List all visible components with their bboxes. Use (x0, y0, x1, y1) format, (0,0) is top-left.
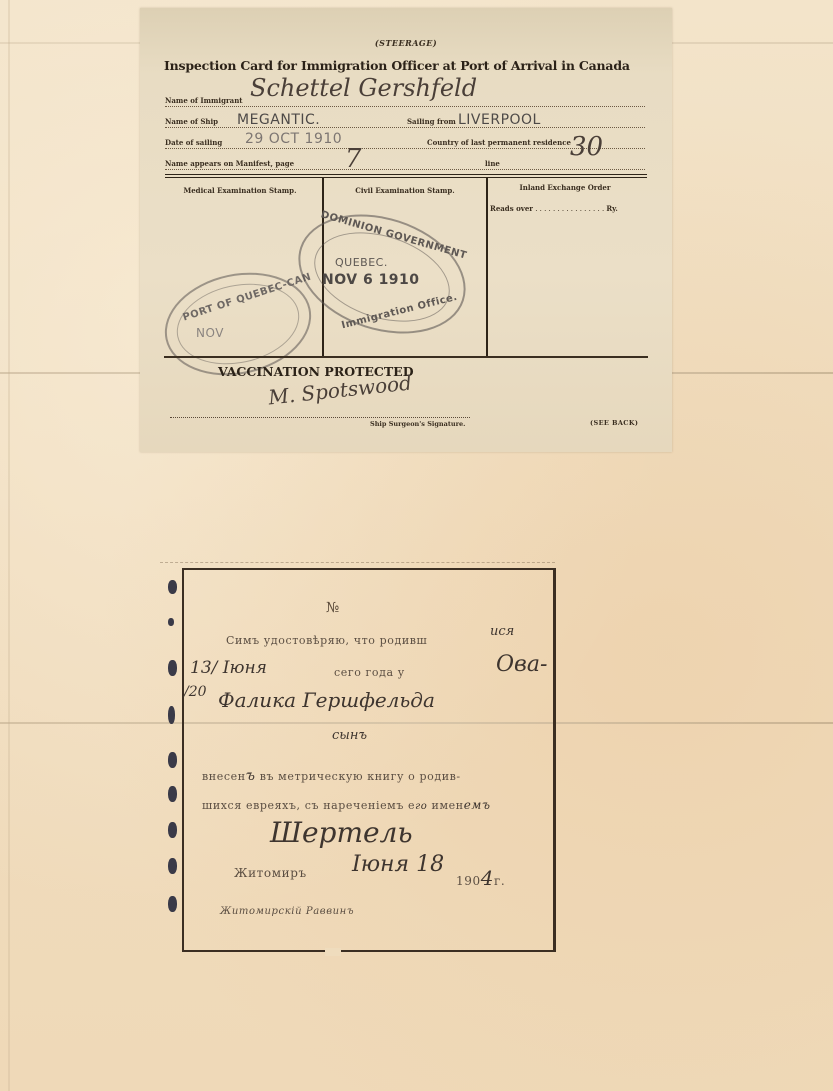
sailing-from-stamp: LIVERPOOL (458, 112, 541, 128)
cert-line-5b: въ метрическую книгу о родив- (260, 770, 461, 783)
perforation-hole (168, 822, 177, 838)
cert-year-suffix: г. (494, 874, 505, 888)
ship-name-stamp: MEGANTIC. (237, 112, 320, 128)
cert-birth-date-hand: 13/ Іюня (190, 658, 267, 678)
cert-father-name-start: Ова- (496, 652, 547, 677)
manifest-label: Name appears on Manifest, page (165, 159, 294, 168)
cert-line-1-hand: ися (490, 624, 514, 639)
cert-father-name-hand: Фалика Гершфельда (218, 688, 435, 712)
cert-issue-date-hand: Іюня 18 (352, 852, 444, 877)
perforation-hole (168, 706, 175, 724)
perforation-hole (168, 580, 177, 594)
surgeon-signature-label: Ship Surgeon's Signature. (370, 420, 465, 428)
cert-son-hand: сынъ (332, 728, 367, 743)
civil-exam-heading: Civil Examination Stamp. (340, 186, 470, 195)
birth-certificate: № Симъ удостовѣряю, что родивш ися 13/ І… (182, 568, 556, 952)
see-back-note: (SEE BACK) (590, 419, 638, 427)
line-label: line (485, 159, 500, 168)
cert-line-2: сего года у (334, 666, 405, 679)
manifest-line-handwritten: 30 (570, 132, 603, 162)
tear-line (160, 562, 555, 563)
cert-child-name-hand: Шертель (270, 816, 413, 849)
date-label: Date of sailing (165, 138, 222, 147)
cert-line-6-hand-b: емъ (464, 798, 491, 812)
card-title: Inspection Card for Immigration Officer … (164, 58, 654, 73)
reads-over-label: Reads over (490, 204, 533, 213)
cert-year: 1904г. (456, 866, 505, 890)
ship-label: Name of Ship (165, 117, 218, 126)
port-stamp-date: NOV (196, 326, 224, 340)
steerage-label: (STEERAGE) (140, 38, 672, 48)
manifest-page-handwritten: 7 (345, 144, 362, 174)
cert-line-6-hand: го (415, 801, 427, 812)
cert-year-print: 190 (456, 874, 481, 888)
cert-line-5: внесенъ въ метрическую книгу о родив- (202, 768, 461, 784)
civil-stamp-date: NOV 6 1910 (322, 272, 420, 288)
signature-line (170, 417, 470, 418)
certificate-number-label: № (326, 600, 339, 616)
reads-over-suffix: Ry. (606, 204, 617, 213)
reads-over-field: Reads over . . . . . . . . . . . . . . .… (490, 204, 650, 214)
perforation-hole (168, 660, 177, 676)
certificate-tear (325, 948, 341, 956)
inspection-card: (STEERAGE) Inspection Card for Immigrati… (140, 8, 672, 452)
cert-rabbi-label: Житомирскій Раввинъ (220, 906, 354, 917)
country-label: Country of last permanent residence (427, 138, 571, 147)
cert-line-6a: шихся евреяхъ, съ нареченіемъ е (202, 799, 415, 812)
perforation-hole (168, 618, 174, 626)
cert-year-hand: 4 (481, 866, 494, 890)
cert-line-6: шихся евреяхъ, съ нареченіемъ его именем… (202, 798, 491, 812)
cert-line-1: Симъ удостовѣряю, что родивш (226, 634, 427, 647)
immigrant-name-handwritten: Schettel Gershfeld (250, 74, 477, 102)
cert-line-5a: внесен (202, 770, 246, 783)
section-divider (164, 356, 648, 358)
name-label: Name of Immigrant (165, 96, 243, 105)
paper-edge (8, 0, 10, 1091)
medical-exam-heading: Medical Examination Stamp. (170, 186, 310, 195)
cert-city: Житомиръ (234, 866, 307, 880)
sailing-date-stamp: 29 OCT 1910 (245, 131, 342, 147)
perforation-hole (168, 786, 177, 802)
cert-line-5-hand: ъ (246, 768, 256, 784)
perforation-hole (168, 752, 177, 768)
header-rule (165, 174, 647, 178)
column-divider (486, 178, 488, 356)
civil-stamp-city: QUEBEC. (335, 256, 388, 269)
inland-exchange-heading: Inland Exchange Order (490, 183, 640, 192)
cert-line-6b: имен (432, 799, 464, 812)
sailing-from-label: Sailing from (407, 117, 456, 126)
cert-date-fraction: /20 (184, 684, 207, 700)
perforation-hole (168, 896, 177, 912)
perforation-hole (168, 858, 177, 874)
